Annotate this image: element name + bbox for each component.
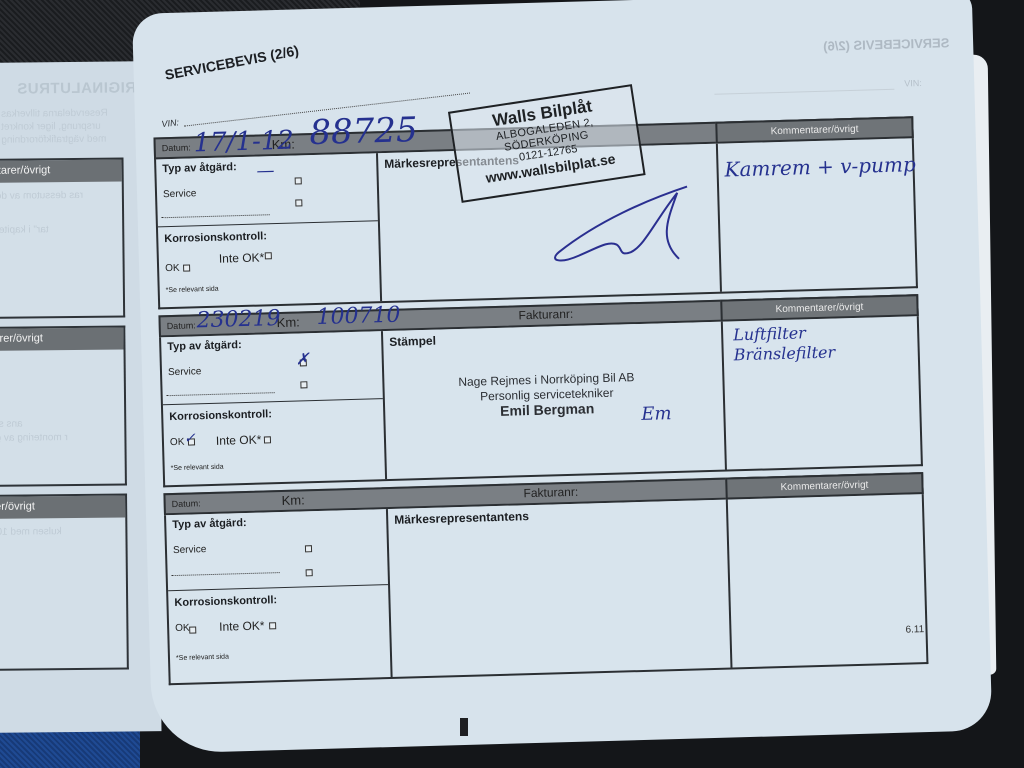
left-comment-box: er/övrigt kulsen med 10 ... xyxy=(0,493,129,670)
signature-icon xyxy=(537,178,699,272)
action-cell: Typ av åtgärd: Service ✗ Korrosionskontr… xyxy=(161,331,387,485)
date-label: Datum: xyxy=(167,320,196,331)
see-page-note: *Se relevant sida xyxy=(166,286,219,294)
corrosion-label: Korrosionskontroll: xyxy=(169,408,272,423)
initials: Em xyxy=(641,403,672,425)
ghost-vin-line xyxy=(714,89,894,95)
other-checkbox[interactable] xyxy=(300,381,307,388)
invoice-label: Fakturanr: xyxy=(523,485,578,501)
stamp-cell: Märkesrepresentantens xyxy=(388,500,733,677)
left-comment-header: er/övrigt xyxy=(0,495,125,518)
ghost-text: med vägtrafikförordning xyxy=(1,134,106,146)
comment-line: Kamrem + v-pump xyxy=(724,152,916,181)
date-label: Datum: xyxy=(162,142,191,153)
corrosion-not-ok-checkbox[interactable] xyxy=(269,622,276,629)
km-label: Km: xyxy=(281,492,305,508)
dealer-stamp: Nage Rejmes i Norrköping Bil AB Personli… xyxy=(446,370,647,421)
corrosion-ok-checkbox[interactable] xyxy=(183,264,190,271)
ghost-title: SERVICEBEVIS (2/6) xyxy=(823,35,950,54)
page-number: 6.11 xyxy=(905,624,924,636)
page-title: SERVICEBEVIS (2/6) xyxy=(163,42,300,83)
service-mark: ✗ xyxy=(295,349,309,368)
service-label: Service xyxy=(163,188,197,200)
entry-body: Typ av åtgärd: Service ✗ Korrosionskontr… xyxy=(159,316,923,487)
action-cell: Typ av åtgärd: Service — Korrosionskontr… xyxy=(156,153,382,307)
comments-cell[interactable] xyxy=(728,494,927,667)
not-ok-label: Inte OK* xyxy=(219,619,265,634)
service-record-page: SERVICEBEVIS (2/6) SERVICEBEVIS (2/6) VI… xyxy=(132,0,992,754)
vin-label: VIN: xyxy=(161,117,180,129)
action-cell: Typ av åtgärd: Service Korrosionskontrol… xyxy=(166,509,393,683)
action-type-label: Typ av åtgärd: xyxy=(162,161,237,175)
date-value[interactable]: 230219 xyxy=(196,306,281,333)
left-comment-header: arer/övrigt xyxy=(0,327,124,350)
not-ok-label: Inte OK* xyxy=(216,433,262,448)
service-label: Service xyxy=(168,366,202,378)
left-comment-box: ntarer/övrigt ras dessutom av de ge tar"… xyxy=(0,157,125,318)
left-page-title: ORIGINALUTRUS xyxy=(17,79,149,97)
corrosion-ok-mark: ✓ xyxy=(184,430,196,446)
page-mark xyxy=(460,718,468,736)
entry-body: Typ av åtgärd: Service Korrosionskontrol… xyxy=(164,494,928,685)
km-value[interactable]: 88725 xyxy=(309,110,418,153)
stamp-label: Stämpel xyxy=(389,334,436,349)
other-checkbox[interactable] xyxy=(295,199,302,206)
corrosion-label: Korrosionskontroll: xyxy=(174,594,277,609)
left-comment-box: arer/övrigt ans skyll r montering av god xyxy=(0,325,127,486)
see-page-note: *Se relevant sida xyxy=(176,654,229,662)
other-checkbox[interactable] xyxy=(306,569,313,576)
brand-representative-label: Märkesrepresentantens xyxy=(394,509,529,527)
service-label: Service xyxy=(173,544,207,556)
ghost-text: ursprung, liger konkret xyxy=(1,121,101,133)
not-ok-label: Inte OK* xyxy=(219,250,265,265)
km-value[interactable]: 100710 xyxy=(316,303,401,330)
service-entry-3: Kommentarer/övrigt Datum: Km: Fakturanr:… xyxy=(163,472,927,663)
comments-cell[interactable]: Luftfilter Bränslefilter xyxy=(723,316,921,469)
ghost-vin: VIN: xyxy=(904,78,922,88)
service-mark: — xyxy=(256,160,275,181)
corrosion-not-ok-checkbox[interactable] xyxy=(264,436,271,443)
action-type-label: Typ av åtgärd: xyxy=(167,339,242,353)
ok-label: OK xyxy=(175,623,190,634)
ok-label: OK xyxy=(165,263,180,274)
see-page-note: *Se relevant sida xyxy=(171,464,224,472)
ghost-text: Reservdelarna tillverkas xyxy=(1,108,108,120)
stamp-cell: Stämpel Nage Rejmes i Norrköping Bil AB … xyxy=(383,322,727,479)
comment-line: Luftfilter xyxy=(733,323,806,344)
comment-line: Bränslefilter xyxy=(733,343,835,365)
date-label: Datum: xyxy=(172,498,201,509)
ok-label: OK xyxy=(170,437,185,448)
invoice-label: Fakturanr: xyxy=(518,307,573,323)
corrosion-label: Korrosionskontroll: xyxy=(164,230,267,245)
corrosion-ok-checkbox[interactable] xyxy=(189,626,196,633)
service-checkbox[interactable] xyxy=(305,545,312,552)
left-comment-header: ntarer/övrigt xyxy=(0,159,122,182)
comments-cell[interactable]: Kamrem + v-pump xyxy=(718,138,916,291)
service-entry-2: Kommentarer/övrigt Datum: Km: Fakturanr:… xyxy=(158,294,922,485)
corrosion-not-ok-checkbox[interactable] xyxy=(265,252,272,259)
service-checkbox[interactable] xyxy=(295,177,302,184)
date-value[interactable]: 17/1-12 xyxy=(193,126,294,159)
action-type-label: Typ av åtgärd: xyxy=(172,517,247,531)
